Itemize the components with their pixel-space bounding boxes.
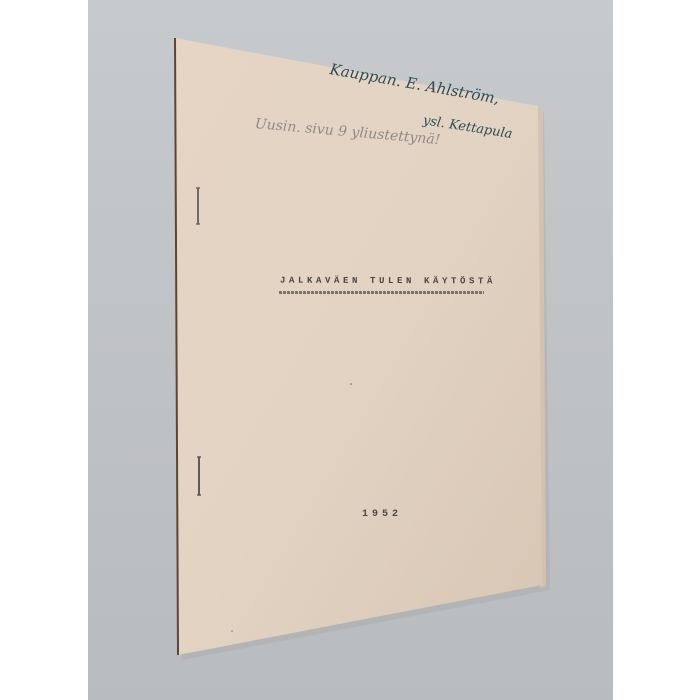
booklet-cover bbox=[175, 38, 542, 655]
booklet-photo bbox=[0, 0, 700, 700]
